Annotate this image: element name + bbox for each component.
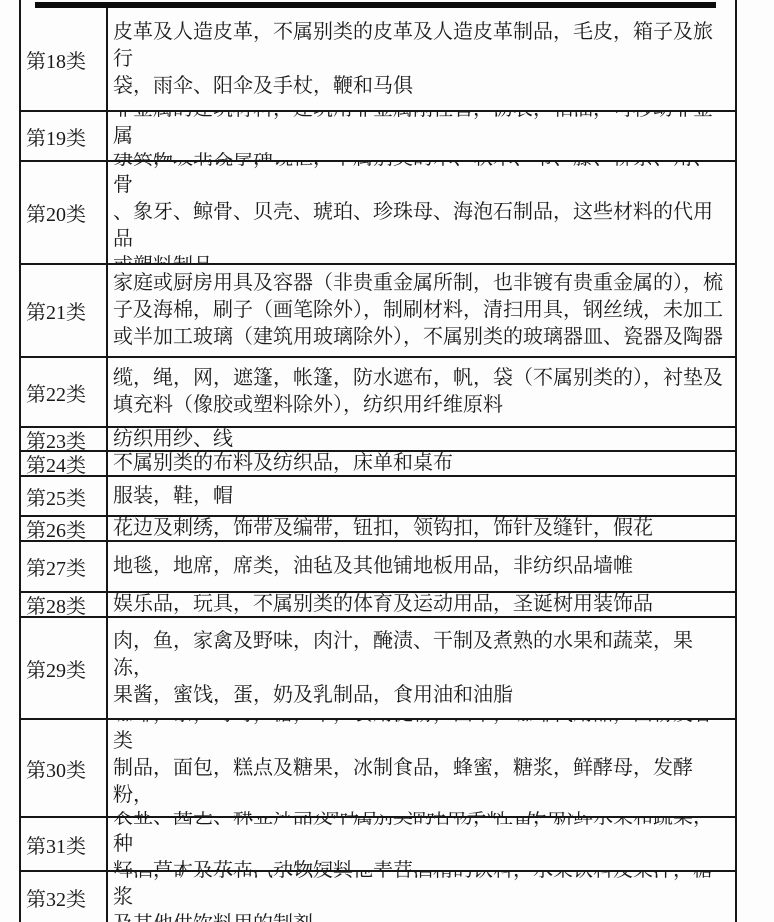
table-row: 第26类 花边及刺绣，饰带及编带，钮扣，领钩扣，饰针及缝针，假花	[21, 517, 735, 542]
table-row: 第23类 纺织用纱、线	[21, 428, 735, 452]
class-label: 第24类	[21, 452, 108, 475]
class-description: 肉，鱼，家禽及野味，肉汁，醃渍、干制及煮熟的水果和蔬菜，果冻， 果酱，蜜饯，蛋，…	[108, 618, 735, 718]
table-row: 第20类 家具，玻璃镜子，镜框，不属别类的木、软木、苇、藤、柳条、角、骨 、象牙…	[21, 162, 735, 265]
table-row: 第21类 家庭或厨房用具及容器（非贵重金属所制，也非镀有贵重金属的），梳 子及海…	[21, 265, 735, 358]
cut-off-row-remnant-bar	[35, 2, 716, 8]
class-label: 第21类	[21, 265, 108, 356]
class-description: 家庭或厨房用具及容器（非贵重金属所制，也非镀有贵重金属的），梳 子及海棉，刷子（…	[108, 265, 735, 356]
table-row: 第19类 非金属的建筑材料，建筑用非金属刚性管，沥表，柏油，可移动非金属 建筑物…	[21, 112, 735, 162]
class-label: 第20类	[21, 162, 108, 263]
class-label: 第19类	[21, 112, 108, 160]
table-row: 第25类 服装，鞋，帽	[21, 477, 735, 517]
class-label: 第18类	[21, 8, 108, 110]
table-row: 第18类 皮革及人造皮革，不属别类的皮革及人造皮革制品，毛皮，箱子及旅行 袋，雨…	[21, 8, 735, 112]
class-description: 皮革及人造皮革，不属别类的皮革及人造皮革制品，毛皮，箱子及旅行 袋，雨伞、阳伞及…	[108, 8, 735, 110]
class-description: 农业、园艺、林业产品及不属别类的谷物，牲畜，新鲜水果和蔬菜，种 籽，草木及花卉，…	[108, 818, 735, 870]
table-row: 第27类 地毯，地席，席类，油毡及其他铺地板用品，非纺织品墙帷	[21, 542, 735, 593]
class-description: 咖啡，茶，可可，糖，米，食用淀粉，西米，咖啡代用品，面粉及谷类 制品，面包，糕点…	[108, 720, 735, 816]
class-label: 第28类	[21, 593, 108, 616]
table-row: 第29类 肉，鱼，家禽及野味，肉汁，醃渍、干制及煮熟的水果和蔬菜，果冻， 果酱，…	[21, 618, 735, 720]
table-row: 第30类 咖啡，茶，可可，糖，米，食用淀粉，西米，咖啡代用品，面粉及谷类 制品，…	[21, 720, 735, 818]
class-description: 娱乐品，玩具，不属别类的体育及运动用品，圣诞树用装饰品	[108, 593, 735, 616]
class-description: 非金属的建筑材料，建筑用非金属刚性管，沥表，柏油，可移动非金属 建筑物，非金属碑	[108, 112, 735, 160]
class-description: 家具，玻璃镜子，镜框，不属别类的木、软木、苇、藤、柳条、角、骨 、象牙、鲸骨、贝…	[108, 162, 735, 263]
class-description: 不属别类的布料及纺织品，床单和桌布	[108, 452, 735, 475]
class-description: 服装，鞋，帽	[108, 477, 735, 515]
class-label: 第26类	[21, 517, 108, 540]
scanned-document-page: 第18类 皮革及人造皮革，不属别类的皮革及人造皮革制品，毛皮，箱子及旅行 袋，雨…	[0, 0, 774, 922]
class-label: 第27类	[21, 542, 108, 591]
class-description: 缆，绳，网，遮篷，帐篷，防水遮布，帆，袋（不属别类的），衬垫及 填充料（像胶或塑…	[108, 358, 735, 426]
class-label: 第31类	[21, 818, 108, 870]
table-row: 第24类 不属别类的布料及纺织品，床单和桌布	[21, 452, 735, 477]
class-label: 第22类	[21, 358, 108, 426]
table-row: 第28类 娱乐品，玩具，不属别类的体育及运动用品，圣诞树用装饰品	[21, 593, 735, 618]
class-label: 第23类	[21, 428, 108, 450]
table-row: 第31类 农业、园艺、林业产品及不属别类的谷物，牲畜，新鲜水果和蔬菜，种 籽，草…	[21, 818, 735, 872]
trademark-class-table: 第18类 皮革及人造皮革，不属别类的皮革及人造皮革制品，毛皮，箱子及旅行 袋，雨…	[19, 0, 737, 922]
table-row: 第32类 啤酒，矿泉水和汽水以及其他不含酒精的饮料，水果饮料及果汁，糖浆 及其他…	[21, 872, 735, 922]
table-row: 第22类 缆，绳，网，遮篷，帐篷，防水遮布，帆，袋（不属别类的），衬垫及 填充料…	[21, 358, 735, 428]
class-description: 地毯，地席，席类，油毡及其他铺地板用品，非纺织品墙帷	[108, 542, 735, 591]
class-description: 花边及刺绣，饰带及编带，钮扣，领钩扣，饰针及缝针，假花	[108, 517, 735, 540]
class-label: 第32类	[21, 872, 108, 922]
class-description: 啤酒，矿泉水和汽水以及其他不含酒精的饮料，水果饮料及果汁，糖浆 及其他供饮料用的…	[108, 872, 735, 922]
class-label: 第30类	[21, 720, 108, 816]
class-label: 第29类	[21, 618, 108, 718]
class-label: 第25类	[21, 477, 108, 515]
class-description: 纺织用纱、线	[108, 428, 735, 450]
